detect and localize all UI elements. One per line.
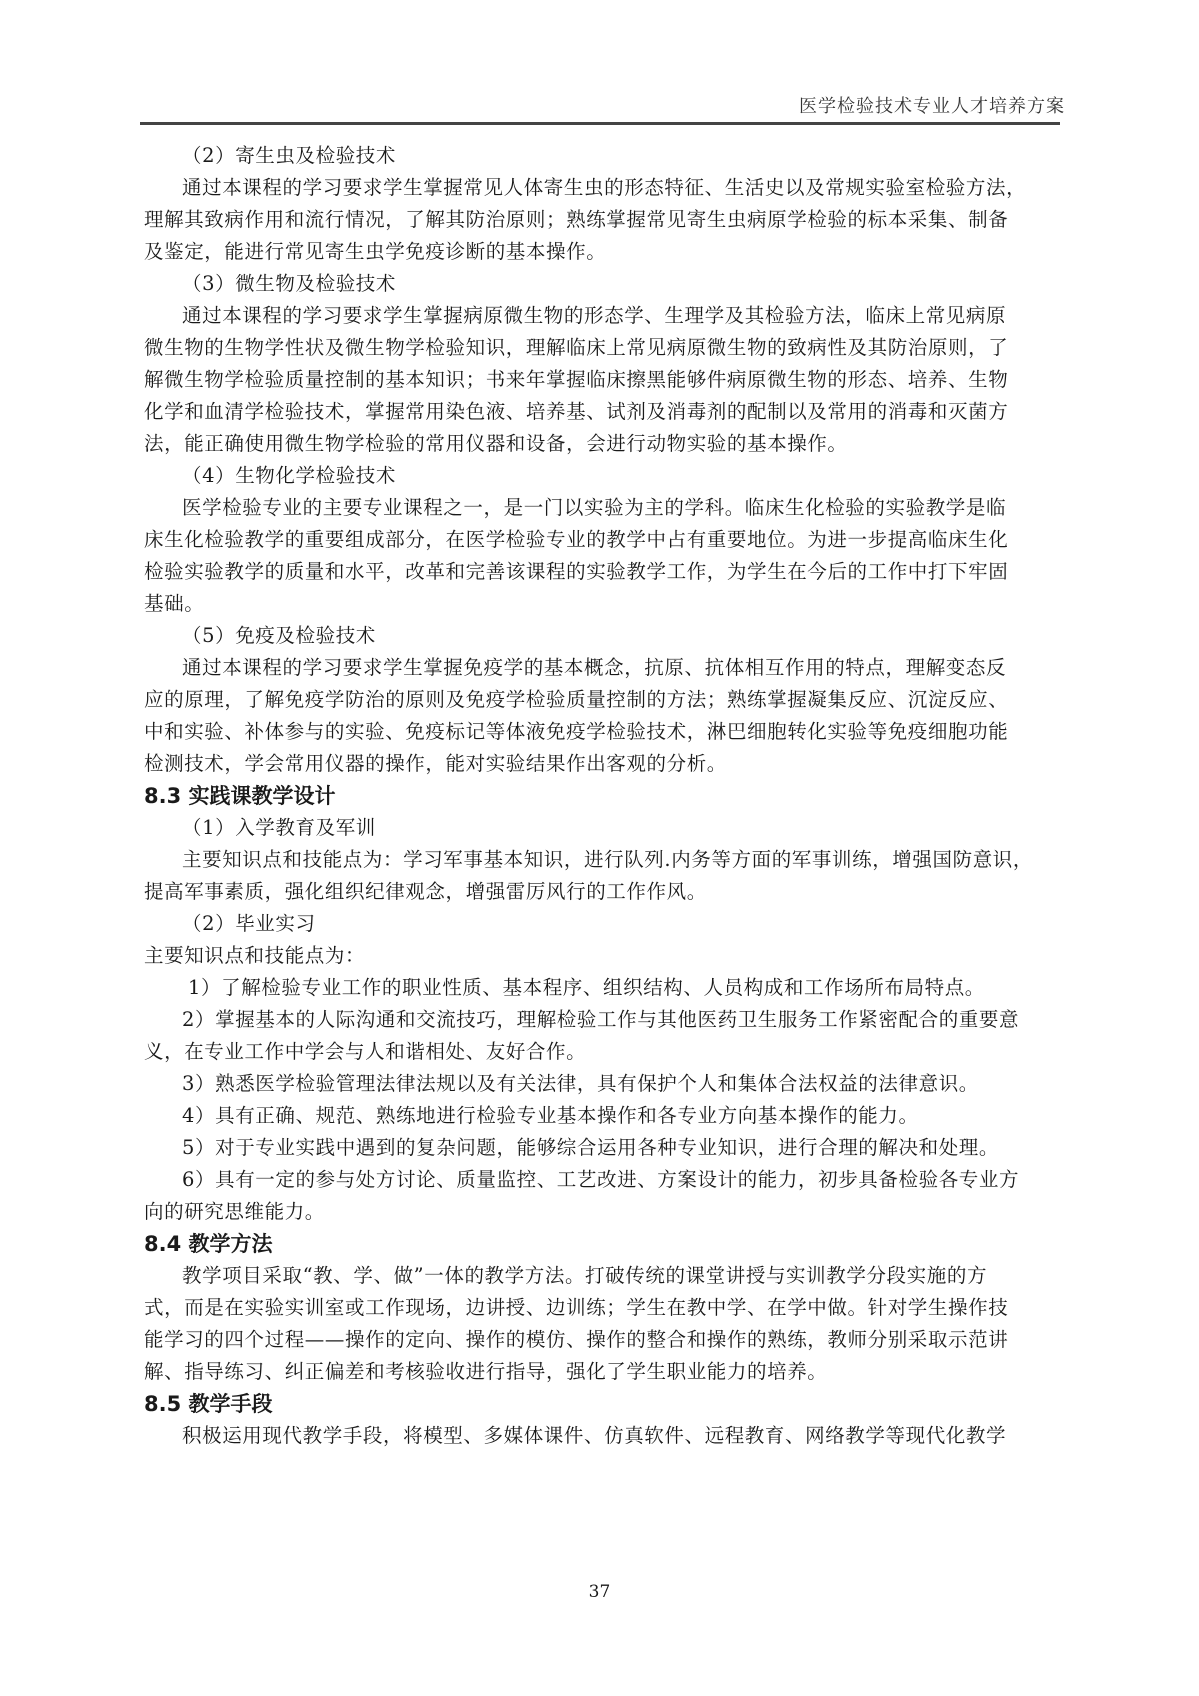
- subsection-title: （5）免疫及检验技术: [144, 620, 1064, 652]
- paragraph-line: 理解其致病作用和流行情况，了解其防治原则；熟练掌握常见寄生虫病原学检验的标本采集…: [144, 204, 1064, 236]
- header-rule: [140, 122, 1060, 125]
- paragraph-line: 2）掌握基本的人际沟通和交流技巧，理解检验工作与其他医药卫生服务工作紧密配合的重…: [144, 1004, 1064, 1036]
- subsection-title: （2）寄生虫及检验技术: [144, 140, 1064, 172]
- paragraph-line: 义，在专业工作中学会与人和谐相处、友好合作。: [144, 1036, 1064, 1068]
- document-body: （2）寄生虫及检验技术通过本课程的学习要求学生掌握常见人体寄生虫的形态特征、生活…: [144, 140, 1064, 1452]
- paragraph-line: 化学和血清学检验技术，掌握常用染色液、培养基、试剂及消毒剂的配制以及常用的消毒和…: [144, 396, 1064, 428]
- paragraph-line: 应的原理，了解免疫学防治的原则及免疫学检验质量控制的方法；熟练掌握凝集反应、沉淀…: [144, 684, 1064, 716]
- paragraph-line: 教学项目采取“教、学、做”一体的教学方法。打破传统的课堂讲授与实训教学分段实施的…: [144, 1260, 1064, 1292]
- paragraph-line: 5）对于专业实践中遇到的复杂问题，能够综合运用各种专业知识，进行合理的解决和处理…: [144, 1132, 1064, 1164]
- paragraph-line: 能学习的四个过程——操作的定向、操作的模仿、操作的整合和操作的熟练，教师分别采取…: [144, 1324, 1064, 1356]
- paragraph-line: 6）具有一定的参与处方讨论、质量监控、工艺改进、方案设计的能力，初步具备检验各专…: [144, 1164, 1064, 1196]
- paragraph-line: 微生物的生物学性状及微生物学检验知识，理解临床上常见病原微生物的致病性及其防治原…: [144, 332, 1064, 364]
- paragraph-line: 基础。: [144, 588, 1064, 620]
- list-item: 1）了解检验专业工作的职业性质、基本程序、组织结构、人员构成和工作场所布局特点。: [144, 972, 1064, 1004]
- subsection-title: （4）生物化学检验技术: [144, 460, 1064, 492]
- paragraph-line: 法，能正确使用微生物学检验的常用仪器和设备，会进行动物实验的基本操作。: [144, 428, 1064, 460]
- subsection-title: （1）入学教育及军训: [144, 812, 1064, 844]
- paragraph-line: 解、指导练习、纠正偏差和考核验收进行指导，强化了学生职业能力的培养。: [144, 1356, 1064, 1388]
- paragraph-line: 中和实验、补体参与的实验、免疫标记等体液免疫学检验技术，淋巴细胞转化实验等免疫细…: [144, 716, 1064, 748]
- paragraph-line: 通过本课程的学习要求学生掌握常见人体寄生虫的形态特征、生活史以及常规实验室检验方…: [144, 172, 1064, 204]
- paragraph-line: 4）具有正确、规范、熟练地进行检验专业基本操作和各专业方向基本操作的能力。: [144, 1100, 1064, 1132]
- paragraph-line: 床生化检验教学的重要组成部分，在医学检验专业的教学中占有重要地位。为进一步提高临…: [144, 524, 1064, 556]
- plain-line: 主要知识点和技能点为：: [144, 940, 1064, 972]
- paragraph-line: 通过本课程的学习要求学生掌握病原微生物的形态学、生理学及其检验方法，临床上常见病…: [144, 300, 1064, 332]
- section-heading: 8.5 教学手段: [144, 1388, 1064, 1420]
- paragraph-line: 解微生物学检验质量控制的基本知识；书来年掌握临床擦黑能够件病原微生物的形态、培养…: [144, 364, 1064, 396]
- page-header-title: 医学检验技术专业人才培养方案: [799, 92, 1065, 118]
- section-heading: 8.4 教学方法: [144, 1228, 1064, 1260]
- paragraph-line: 及鉴定，能进行常见寄生虫学免疫诊断的基本操作。: [144, 236, 1064, 268]
- paragraph-line: 检测技术，学会常用仪器的操作，能对实验结果作出客观的分析。: [144, 748, 1064, 780]
- paragraph-line: 3）熟悉医学检验管理法律法规以及有关法律，具有保护个人和集体合法权益的法律意识。: [144, 1068, 1064, 1100]
- paragraph-line: 式，而是在实验实训室或工作现场，边讲授、边训练；学生在教中学、在学中做。针对学生…: [144, 1292, 1064, 1324]
- paragraph-line: 医学检验专业的主要专业课程之一，是一门以实验为主的学科。临床生化检验的实验教学是…: [144, 492, 1064, 524]
- page-number: 37: [0, 1582, 1199, 1602]
- section-heading: 8.3 实践课教学设计: [144, 780, 1064, 812]
- paragraph-line: 积极运用现代教学手段，将模型、多媒体课件、仿真软件、远程教育、网络教学等现代化教…: [144, 1420, 1064, 1452]
- paragraph-line: 向的研究思维能力。: [144, 1196, 1064, 1228]
- paragraph-line: 提高军事素质，强化组织纪律观念，增强雷厉风行的工作作风。: [144, 876, 1064, 908]
- paragraph-line: 主要知识点和技能点为：学习军事基本知识，进行队列.内务等方面的军事训练，增强国防…: [144, 844, 1064, 876]
- paragraph-line: 检验实验教学的质量和水平，改革和完善该课程的实验教学工作，为学生在今后的工作中打…: [144, 556, 1064, 588]
- subsection-title: （3）微生物及检验技术: [144, 268, 1064, 300]
- paragraph-line: 通过本课程的学习要求学生掌握免疫学的基本概念，抗原、抗体相互作用的特点，理解变态…: [144, 652, 1064, 684]
- subsection-title: （2）毕业实习: [144, 908, 1064, 940]
